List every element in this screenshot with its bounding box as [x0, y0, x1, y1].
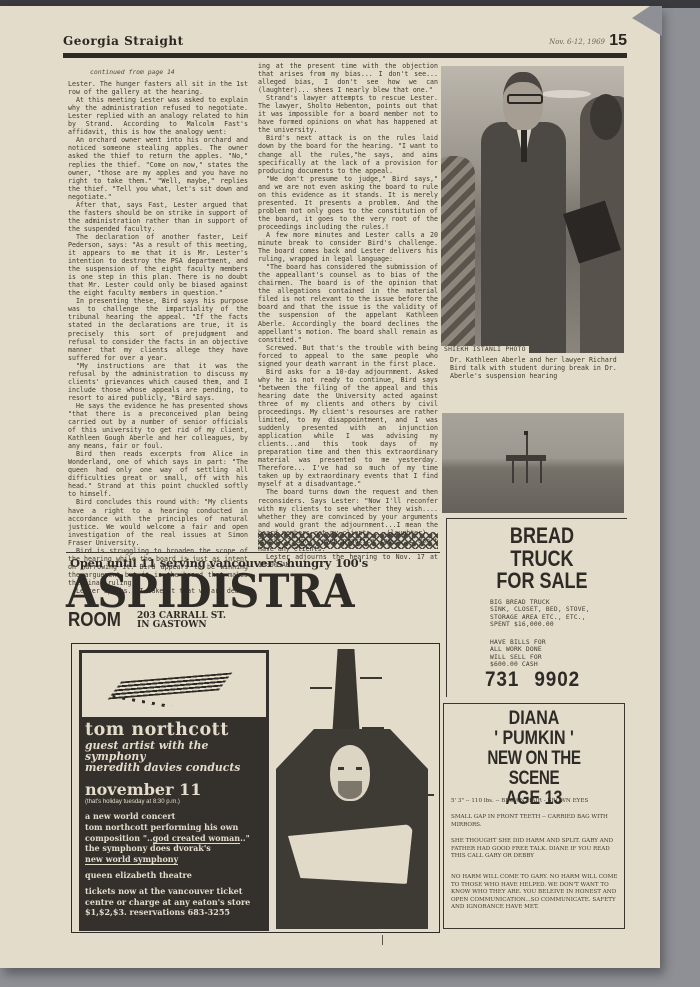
bread-details: BIG BREAD TRUCK SINK, CLOSET, BED, STOVE…: [490, 599, 590, 629]
concert-ad: tom northcott guest artist with the symp…: [71, 643, 440, 933]
bread-truck-ad: BREAD TRUCK FOR SALE BIG BREAD TRUCK SIN…: [446, 518, 627, 697]
paragraph: Screwed. But that's the trouble with bei…: [258, 344, 438, 368]
student-figure: [441, 156, 475, 353]
paragraph: Strand's lawyer attempts to rescue Leste…: [258, 94, 438, 134]
hearing-photo: [441, 66, 624, 353]
paragraph: "My instructions are that it was the ref…: [68, 362, 248, 402]
diana-assurance: NO HARM WILL COME TO GARY. NO HARM WILL …: [451, 874, 623, 912]
continued-note: continued from page 14: [68, 68, 248, 76]
article-column-2: ing at the present time with the objecti…: [258, 62, 438, 569]
paragraph: An orchard owner went into his orchard a…: [68, 136, 248, 200]
paragraph: Lester. The hunger fasters all sit in th…: [68, 80, 248, 96]
venue: queen elizabeth theatre: [85, 870, 269, 881]
diana-headline: DIANA ' PUMKIN ' NEW ON THE SCENE AGE 13: [444, 708, 624, 808]
paragraph: The declaration of another faster, Leif …: [68, 233, 248, 297]
fold-mark: [382, 935, 383, 945]
bread-headline: BREAD TRUCK FOR SALE: [464, 525, 620, 593]
aspidistra-room: ROOM: [68, 609, 121, 632]
artist-name: tom northcott: [85, 720, 229, 740]
paragraph: Bird asks for a 10-day adjournment. Aske…: [258, 368, 438, 489]
photo-credit: SHIEKH ISTANLI PHOTO: [441, 346, 529, 353]
decorative-border: [258, 532, 438, 549]
date-note: (that's holiday tuesday at 8:30 p.m.): [85, 799, 180, 805]
aspidistra-name: ASPIDISTRA: [66, 567, 354, 615]
issue-date: Nov. 6-12, 1969: [549, 38, 605, 46]
paragraph: Bird then reads excerpts from Alice in W…: [68, 450, 248, 498]
diana-message: SHE THOUGHT SHE DID HARM AND SPLIT. GARY…: [451, 838, 623, 861]
concert-details: a new world concert tom northcott perfor…: [85, 811, 269, 918]
paragraph: After that, says Fast, Lester argued tha…: [68, 201, 248, 233]
reservations: $1,$2,$3. reservations 683-3255: [85, 907, 269, 918]
publication-title: Georgia Straight: [63, 34, 184, 48]
concert-date: november 11: [85, 780, 201, 799]
diana-features: SMALL GAP IN FRONT TEETH -- CARRIED BAG …: [451, 814, 623, 829]
aspidistra-address: 203 CARRALL ST. IN GASTOWN: [137, 612, 226, 630]
photo-caption: Dr. Kathleen Aberle and her lawyer Richa…: [450, 356, 628, 381]
phone-number: 731 9902: [485, 668, 580, 692]
paragraph: "We don't presume to judge," Bird says,"…: [258, 175, 438, 231]
paragraph: At this meeting Lester was asked to expl…: [68, 96, 248, 136]
paragraph: In presenting these, Bird says his purpo…: [68, 297, 248, 361]
paragraph: Bird concludes this round with: "My clie…: [68, 498, 248, 546]
paragraph: ing at the present time with the objecti…: [258, 62, 438, 94]
guest-line: guest artist with the symphony: [85, 740, 270, 762]
conductor-line: meredith davies conducts: [85, 762, 270, 773]
torn-corner: [632, 6, 662, 36]
diana-description: 5' 3" -- 110 lbs. -- BROWN HAIR - BROWN …: [451, 798, 623, 806]
portrait-face: [330, 745, 370, 801]
paragraph: He says the evidence he has presented sh…: [68, 402, 248, 450]
page-number: 15: [609, 32, 627, 50]
northcott-photo: [270, 649, 434, 931]
paragraph: "The board has considered the submission…: [258, 263, 438, 343]
landscape-photo: [442, 413, 624, 513]
paragraph: A few more minutes and Lester calls a 20…: [258, 231, 438, 263]
masthead-rule: [63, 53, 627, 58]
section-rule: [66, 552, 440, 553]
article-column-1: continued from page 14 Lester. The hunge…: [68, 68, 248, 595]
paragraph: Bird's next attack is on the rules laid …: [258, 134, 438, 174]
bread-offer: HAVE BILLS FOR ALL WORK DONE WILL SELL F…: [490, 639, 546, 669]
concert-text-panel: tom northcott guest artist with the symp…: [79, 650, 269, 931]
lawyer-figure: [481, 72, 566, 353]
masthead: Georgia Straight Nov. 6-12, 1969 15: [63, 34, 627, 52]
harp-illustration: [82, 653, 266, 717]
missing-person-ad: DIANA ' PUMKIN ' NEW ON THE SCENE AGE 13…: [443, 703, 625, 929]
